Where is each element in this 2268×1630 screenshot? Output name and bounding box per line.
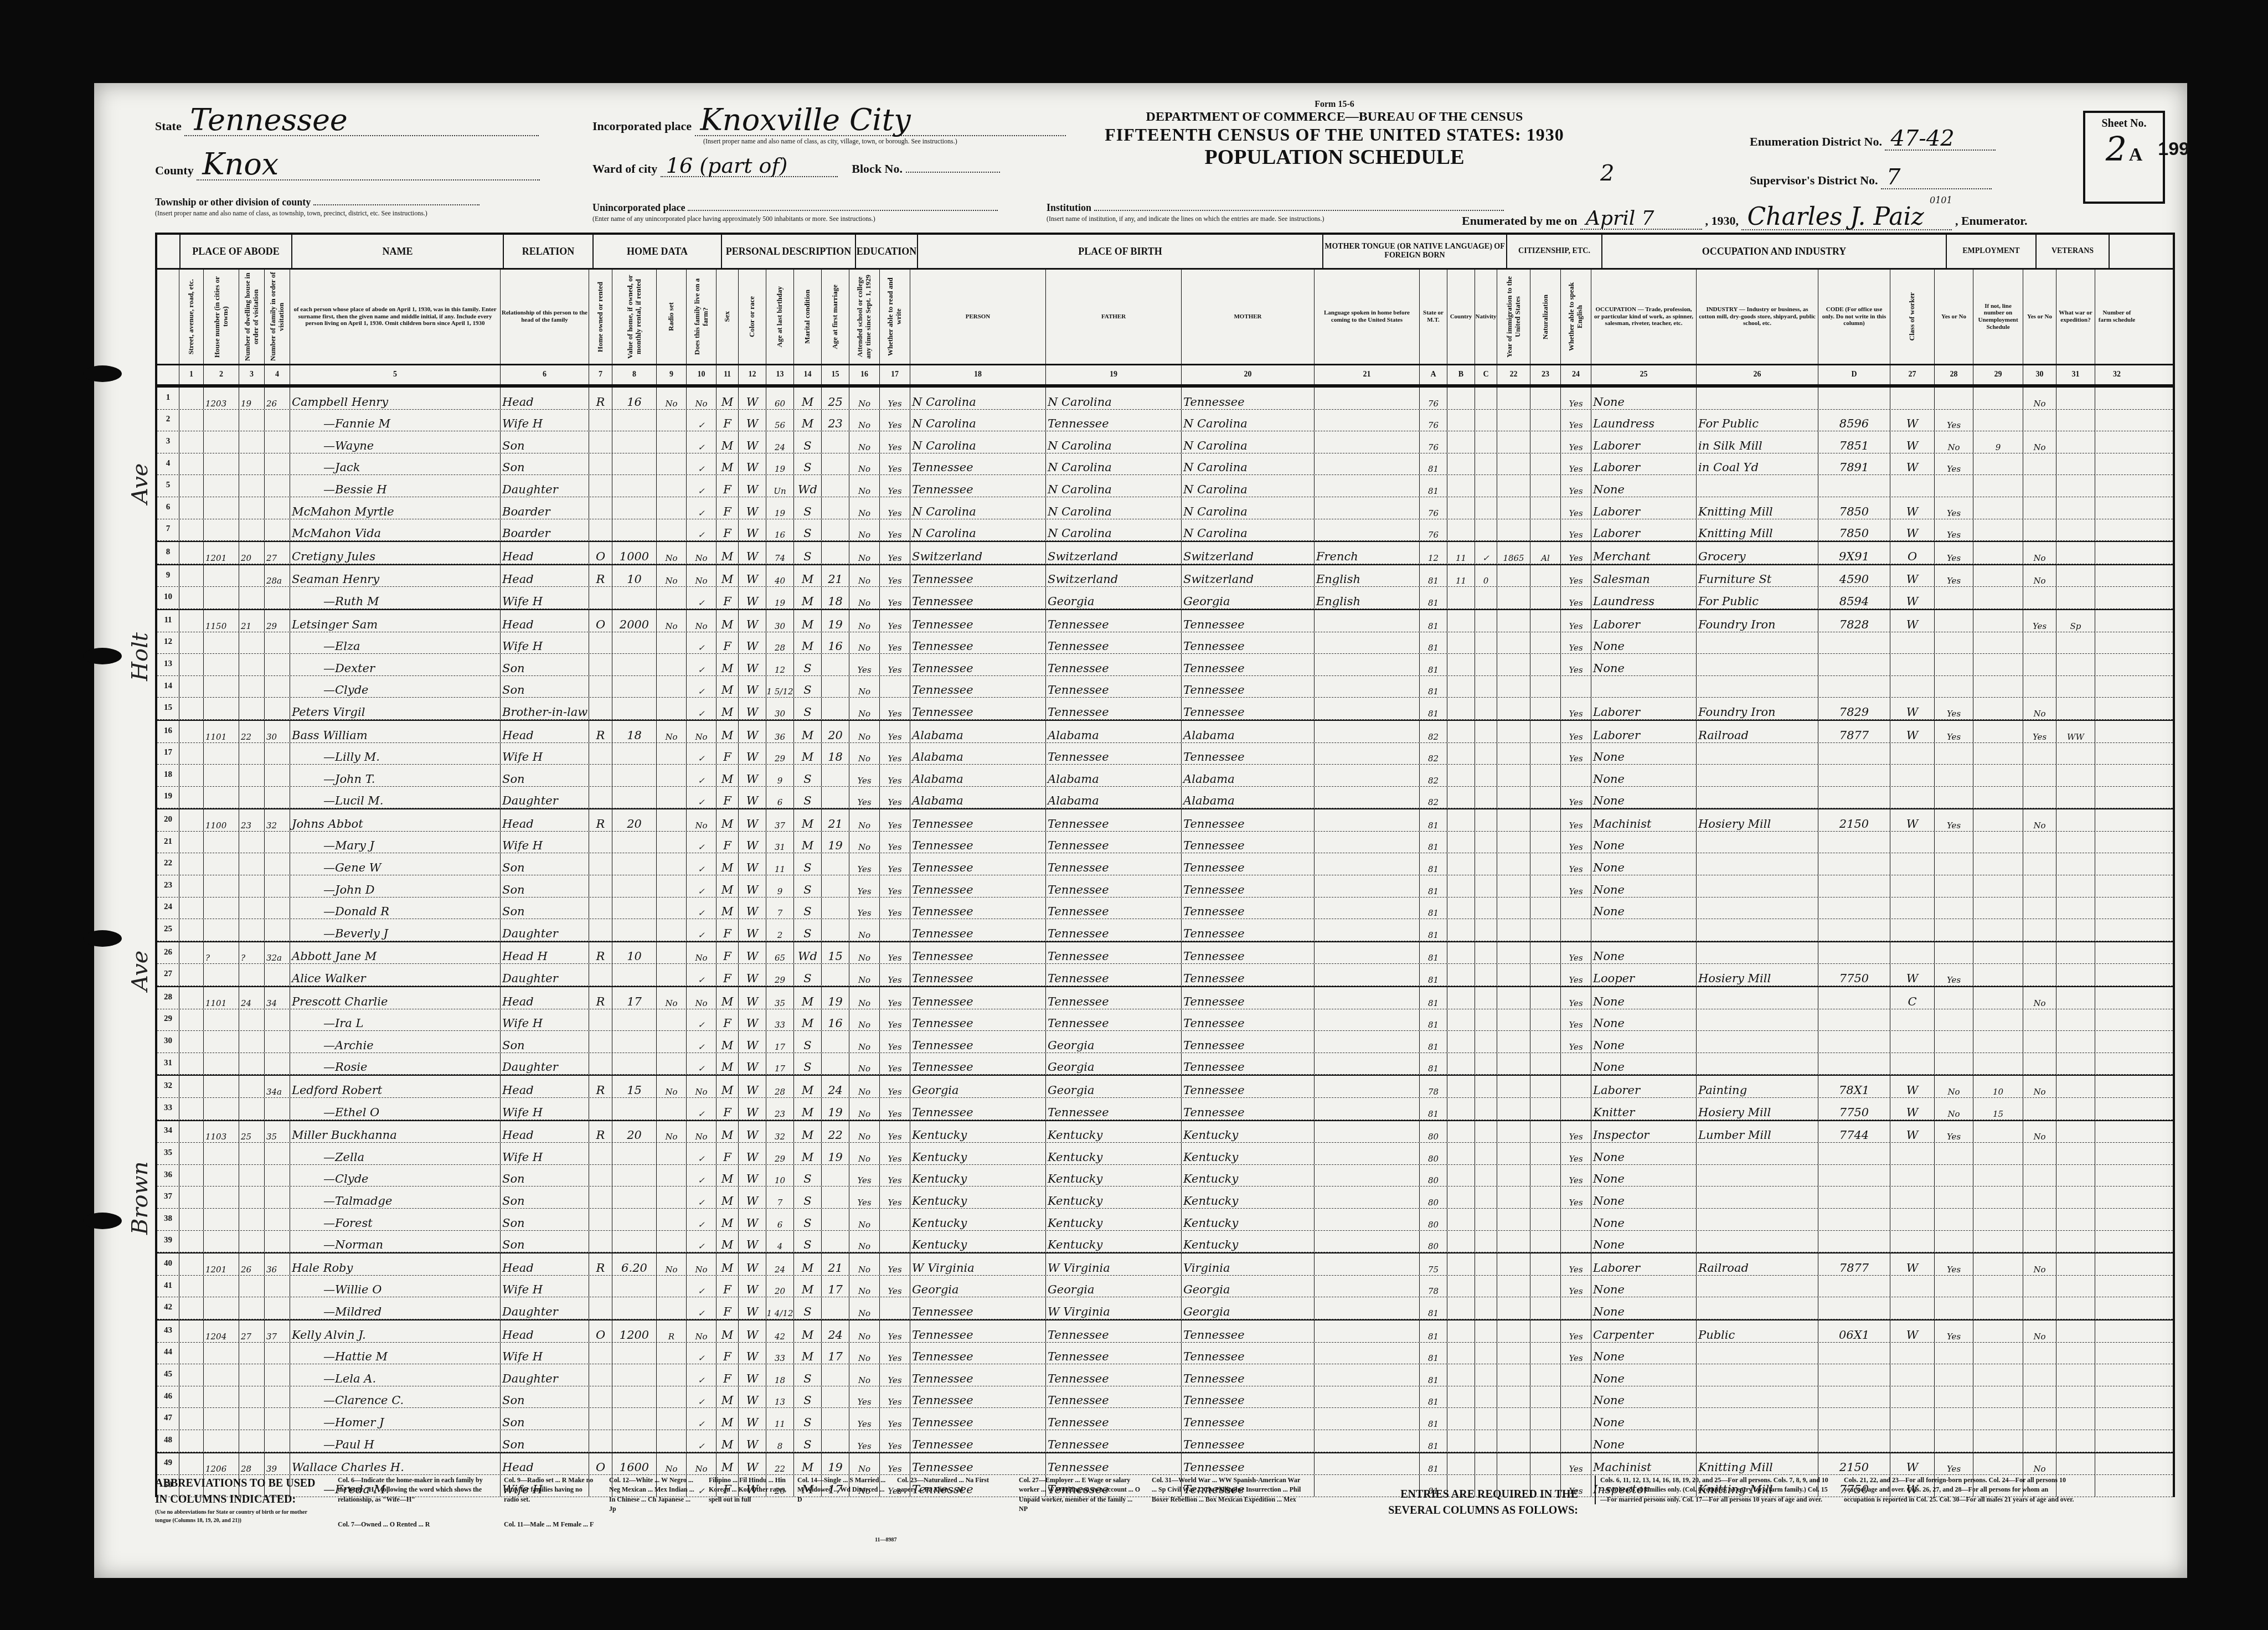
cell-imm	[1497, 1009, 1530, 1031]
cell-val	[612, 897, 657, 919]
cell-sex: M	[717, 1408, 739, 1430]
cell-cls	[1890, 1209, 1935, 1230]
table-row: 25Beverly JDaughter✓FW2SNoTennesseeTenne…	[157, 919, 2173, 941]
cell-bp: Alabama	[910, 743, 1046, 765]
cell-line: 20	[157, 809, 179, 831]
cell-c	[1475, 610, 1497, 632]
cell-code	[1818, 1231, 1890, 1252]
cell-bpf: Tennessee	[1046, 1430, 1182, 1452]
cell-bpf: Tennessee	[1046, 632, 1182, 654]
cell-lang	[1315, 919, 1420, 941]
cell-farmsch	[2095, 388, 2138, 409]
cell-afm: 24	[822, 1076, 849, 1097]
cell-radio	[657, 1430, 687, 1452]
cell-line: 39	[157, 1231, 179, 1252]
cell-farm: ✓	[687, 1364, 717, 1386]
cell-house	[204, 765, 239, 786]
table-row: 1111502129Letsinger SamHeadO2000NoNoMW30…	[157, 609, 2173, 632]
cell-imm	[1497, 1098, 1530, 1120]
cell-bpm: Tennessee	[1182, 832, 1315, 853]
cell-val: 15	[612, 1076, 657, 1097]
page-stamp: 199	[2158, 138, 2189, 160]
cell-own	[589, 1098, 612, 1120]
cell-house	[204, 1231, 239, 1252]
cell-emp	[1935, 1209, 1973, 1230]
cell-imm	[1497, 565, 1530, 587]
cell-afm	[822, 1430, 849, 1452]
cell-dw: 25	[239, 1121, 265, 1143]
cell-house: 1101	[204, 987, 239, 1009]
cell-race: W	[739, 743, 766, 765]
cell-street	[179, 721, 204, 742]
table-body: 112031926Campbell HenryHeadR16NoNoMW60M2…	[157, 386, 2173, 1497]
cell-afm	[822, 1031, 849, 1053]
table-row: 48Paul HSon✓MW8SYesYesTennesseeTennessee…	[157, 1430, 2173, 1452]
cell-emp	[1935, 853, 1973, 875]
cell-own	[589, 832, 612, 853]
cell-bp: Kentucky	[910, 1187, 1046, 1208]
cell-name: Miller Buckhanna	[290, 1121, 501, 1143]
cell-bp: Tennessee	[910, 676, 1046, 698]
cell-vet	[2023, 519, 2056, 541]
cell-nat	[1530, 721, 1561, 742]
cell-race: W	[739, 1297, 766, 1319]
cell-fam	[265, 587, 290, 608]
cell-radio: No	[657, 987, 687, 1009]
cell-nat	[1530, 743, 1561, 765]
cell-sex: F	[717, 743, 739, 765]
cell-afm	[822, 497, 849, 519]
cell-bpf: Kentucky	[1046, 1165, 1182, 1187]
cell-sch: No	[849, 987, 880, 1009]
column-header-cls: Class of worker	[1890, 270, 1935, 364]
cell-val	[612, 743, 657, 765]
cell-fam	[265, 1098, 290, 1120]
cell-own: O	[589, 1320, 612, 1342]
cell-rel: Son	[501, 654, 589, 675]
cell-val	[612, 632, 657, 654]
cell-house	[204, 497, 239, 519]
cell-fam: 35	[265, 1121, 290, 1143]
cell-mar: S	[794, 787, 822, 808]
cell-cls	[1890, 475, 1935, 497]
cell-ind: Hosiery Mill	[1697, 809, 1818, 831]
cell-occ: Laborer	[1591, 1076, 1697, 1097]
cell-eng	[1561, 1231, 1591, 1252]
cell-bp: W Virginia	[910, 1254, 1046, 1275]
cell-war	[2056, 765, 2095, 786]
cell-farm: ✓	[687, 743, 717, 765]
cell-cls: C	[1890, 987, 1935, 1009]
cell-eng: Yes	[1561, 1343, 1591, 1364]
cell-war	[2056, 410, 2095, 431]
cell-name: John D	[290, 875, 501, 897]
cell-eng: Yes	[1561, 542, 1591, 564]
cell-code	[1818, 743, 1890, 765]
cell-dw: 27	[239, 1320, 265, 1342]
cell-street	[179, 1430, 204, 1452]
cell-lang: English	[1315, 587, 1420, 608]
cell-c	[1475, 1009, 1497, 1031]
cell-eng: Yes	[1561, 987, 1591, 1009]
cell-vet: No	[2023, 431, 2056, 453]
cell-race: W	[739, 1386, 766, 1408]
cell-farmsch	[2095, 987, 2138, 1009]
cell-name: McMahon Vida	[290, 519, 501, 541]
cell-farmsch	[2095, 1408, 2138, 1430]
cell-line: 32	[157, 1076, 179, 1097]
cell-cls	[1890, 1386, 1935, 1408]
cell-race: W	[739, 1143, 766, 1164]
cell-code	[1818, 1430, 1890, 1452]
cell-code	[1818, 1386, 1890, 1408]
cell-b	[1447, 1165, 1475, 1187]
cell-street	[179, 897, 204, 919]
cell-nat	[1530, 1098, 1561, 1120]
cell-sex: M	[717, 853, 739, 875]
cell-house	[204, 1364, 239, 1386]
cell-bpm: Tennessee	[1182, 698, 1315, 719]
cell-code	[1818, 942, 1890, 964]
cell-c	[1475, 1076, 1497, 1097]
cell-sex: M	[717, 676, 739, 698]
cell-imm	[1497, 1276, 1530, 1297]
cell-ind	[1697, 987, 1818, 1009]
cell-age: 65	[766, 942, 794, 964]
cell-ind: Painting	[1697, 1076, 1818, 1097]
cell-radio	[657, 1098, 687, 1120]
cell-vet	[2023, 1364, 2056, 1386]
cell-emp	[1935, 676, 1973, 698]
cell-age: 6	[766, 1209, 794, 1230]
cell-lang	[1315, 875, 1420, 897]
column-header-rw: Whether able to read and write	[880, 270, 910, 364]
cell-nat	[1530, 1187, 1561, 1208]
cell-nat	[1530, 875, 1561, 897]
cell-bpm: Kentucky	[1182, 1209, 1315, 1230]
cell-rel: Wife H	[501, 587, 589, 608]
cell-code	[1818, 1297, 1890, 1319]
cell-name: Forest	[290, 1209, 501, 1230]
cell-code: 78X1	[1818, 1076, 1890, 1097]
cell-own	[589, 743, 612, 765]
cell-rw: Yes	[880, 388, 910, 409]
cell-bpm: Tennessee	[1182, 1408, 1315, 1430]
cell-unemp	[1973, 721, 2023, 742]
cell-farmsch	[2095, 787, 2138, 808]
cell-emp: Yes	[1935, 497, 1973, 519]
cell-ind: Foundry Iron	[1697, 610, 1818, 632]
cell-c	[1475, 1098, 1497, 1120]
cell-farmsch	[2095, 1009, 2138, 1031]
cell-bpf: Alabama	[1046, 721, 1182, 742]
cell-rel: Head H	[501, 942, 589, 964]
cell-c	[1475, 1187, 1497, 1208]
cell-age: 30	[766, 610, 794, 632]
table-row: 44Hattie MWife H✓FW33M17NoYesTennesseeTe…	[157, 1343, 2173, 1365]
column-number-lang: 21	[1315, 365, 1420, 384]
cell-age: 24	[766, 431, 794, 453]
cell-ind	[1697, 1209, 1818, 1230]
cell-farmsch	[2095, 1364, 2138, 1386]
cell-radio	[657, 519, 687, 541]
cell-war	[2056, 1276, 2095, 1297]
cell-emp	[1935, 765, 1973, 786]
cell-c	[1475, 1430, 1497, 1452]
cell-imm	[1497, 919, 1530, 941]
cell-sch: No	[849, 676, 880, 698]
cell-line: 29	[157, 1009, 179, 1031]
cell-imm	[1497, 497, 1530, 519]
cell-age: 19	[766, 453, 794, 475]
cell-val: 2000	[612, 610, 657, 632]
cell-rel: Son	[501, 875, 589, 897]
cell-b	[1447, 1053, 1475, 1075]
cell-house	[204, 1386, 239, 1408]
cell-war	[2056, 519, 2095, 541]
cell-name: Lilly M.	[290, 743, 501, 765]
cell-occ: None	[1591, 1187, 1697, 1208]
cell-bp: N Carolina	[910, 431, 1046, 453]
cell-street	[179, 519, 204, 541]
cell-sch: No	[849, 1231, 880, 1252]
cell-race: W	[739, 765, 766, 786]
cell-occ: None	[1591, 1143, 1697, 1164]
cell-sex: F	[717, 919, 739, 941]
cell-fam: 34	[265, 987, 290, 1009]
cell-a: 81	[1420, 1320, 1447, 1342]
cell-bpm: Tennessee	[1182, 743, 1315, 765]
cell-ind	[1697, 853, 1818, 875]
cell-rw	[880, 1231, 910, 1252]
cell-war	[2056, 919, 2095, 941]
cell-ind	[1697, 475, 1818, 497]
cell-rel: Son	[501, 1187, 589, 1208]
cell-bp: Tennessee	[910, 1343, 1046, 1364]
cell-sch: No	[849, 632, 880, 654]
cell-age: 2	[766, 919, 794, 941]
cell-radio: No	[657, 1121, 687, 1143]
column-number-imm: 22	[1497, 365, 1530, 384]
cell-bpm: Tennessee	[1182, 654, 1315, 675]
cell-rw: Yes	[880, 1187, 910, 1208]
cell-occ: Laborer	[1591, 431, 1697, 453]
cell-unemp	[1973, 897, 2023, 919]
column-number-row: 123456789101112131415161718192021ABC2223…	[157, 365, 2173, 386]
cell-mar: S	[794, 1364, 822, 1386]
cell-occ: None	[1591, 787, 1697, 808]
cell-race: W	[739, 1053, 766, 1075]
cell-afm	[822, 875, 849, 897]
cell-val	[612, 497, 657, 519]
cell-ind: Railroad	[1697, 721, 1818, 742]
column-header-imm: Year of immigration to the United States	[1497, 270, 1530, 364]
cell-imm	[1497, 676, 1530, 698]
cell-race: W	[739, 1408, 766, 1430]
cell-farm: ✓	[687, 1187, 717, 1208]
cell-sch: Yes	[849, 1430, 880, 1452]
cell-lang: English	[1315, 565, 1420, 587]
cell-cls: W	[1890, 809, 1935, 831]
cell-war	[2056, 809, 2095, 831]
cell-bpm: Tennessee	[1182, 1098, 1315, 1120]
cell-c	[1475, 942, 1497, 964]
cell-farm: No	[687, 987, 717, 1009]
cell-code	[1818, 987, 1890, 1009]
cell-war	[2056, 1053, 2095, 1075]
group-education: EDUCATION	[856, 235, 918, 268]
cell-bpm: Tennessee	[1182, 1364, 1315, 1386]
cell-race: W	[739, 410, 766, 431]
cell-farm: No	[687, 1076, 717, 1097]
cell-farm: No	[687, 942, 717, 964]
cell-bp: Tennessee	[910, 1386, 1046, 1408]
cell-own	[589, 964, 612, 986]
cell-fam	[265, 1031, 290, 1053]
cell-b	[1447, 919, 1475, 941]
cell-dw: 22	[239, 721, 265, 742]
cell-c: ✓	[1475, 542, 1497, 564]
cell-race: W	[739, 388, 766, 409]
cell-cls: W	[1890, 698, 1935, 719]
cell-val	[612, 453, 657, 475]
cell-vet	[2023, 1165, 2056, 1187]
enumeration-district-value: 47-42	[1885, 127, 1996, 151]
cell-imm	[1497, 1320, 1530, 1342]
cell-war	[2056, 1076, 2095, 1097]
cell-lang	[1315, 1231, 1420, 1252]
cell-age: 32	[766, 1121, 794, 1143]
cell-line: 13	[157, 654, 179, 675]
cell-name: Norman	[290, 1231, 501, 1252]
cell-bp: Tennessee	[910, 809, 1046, 831]
cell-rel: Daughter	[501, 1364, 589, 1386]
cell-dw	[239, 1031, 265, 1053]
cell-name: Prescott Charlie	[290, 987, 501, 1009]
cell-unemp	[1973, 1009, 2023, 1031]
cell-c	[1475, 1053, 1497, 1075]
cell-street	[179, 431, 204, 453]
cell-bpm: Tennessee	[1182, 676, 1315, 698]
cell-val	[612, 964, 657, 986]
cell-radio: No	[657, 610, 687, 632]
cell-b	[1447, 964, 1475, 986]
cell-rw: Yes	[880, 410, 910, 431]
cell-age: 60	[766, 388, 794, 409]
cell-rw: Yes	[880, 519, 910, 541]
cell-rw: Yes	[880, 1343, 910, 1364]
column-header-afm: Age at first marriage	[822, 270, 849, 364]
cell-own	[589, 853, 612, 875]
cell-bpf: Kentucky	[1046, 1121, 1182, 1143]
cell-age: 35	[766, 987, 794, 1009]
cell-rw: Yes	[880, 587, 910, 608]
cell-lang	[1315, 942, 1420, 964]
cell-mar: M	[794, 1276, 822, 1297]
cell-sch: No	[849, 698, 880, 719]
cell-bpf: Tennessee	[1046, 1408, 1182, 1430]
cell-eng: Yes	[1561, 853, 1591, 875]
cell-dw	[239, 897, 265, 919]
cell-own	[589, 919, 612, 941]
cell-house	[204, 1031, 239, 1053]
cell-farmsch	[2095, 1165, 2138, 1187]
cell-ind	[1697, 1343, 1818, 1364]
cell-radio	[657, 787, 687, 808]
column-number-fam: 4	[265, 365, 290, 384]
cell-bp: Kentucky	[910, 1143, 1046, 1164]
cell-nat	[1530, 1121, 1561, 1143]
cell-imm	[1497, 610, 1530, 632]
ward-value: 16 (part of)	[661, 155, 838, 177]
cell-age: 33	[766, 1009, 794, 1031]
cell-sch: No	[849, 1143, 880, 1164]
cell-b	[1447, 1209, 1475, 1230]
cell-unemp	[1973, 698, 2023, 719]
cell-unemp	[1973, 610, 2023, 632]
cell-imm	[1497, 1209, 1530, 1230]
cell-fam	[265, 853, 290, 875]
cell-radio	[657, 676, 687, 698]
cell-imm	[1497, 388, 1530, 409]
cell-emp	[1935, 1364, 1973, 1386]
cell-race: W	[739, 897, 766, 919]
cell-farmsch	[2095, 497, 2138, 519]
cell-mar: S	[794, 698, 822, 719]
cell-mar: Wd	[794, 475, 822, 497]
cell-rel: Son	[501, 897, 589, 919]
cell-code	[1818, 1031, 1890, 1053]
cell-name: Donald R	[290, 897, 501, 919]
cell-nat	[1530, 832, 1561, 853]
cell-bpf: Kentucky	[1046, 1209, 1182, 1230]
cell-bp: Tennessee	[910, 475, 1046, 497]
cell-rel: Brother-in-law	[501, 698, 589, 719]
cell-nat	[1530, 1076, 1561, 1097]
column-header-bp: PERSON	[910, 270, 1046, 364]
cell-mar: M	[794, 587, 822, 608]
cell-name: Paul H	[290, 1430, 501, 1452]
cell-nat	[1530, 1364, 1561, 1386]
cell-vet	[2023, 1031, 2056, 1053]
group-home-data: HOME DATA	[594, 235, 722, 268]
cell-dw	[239, 787, 265, 808]
cell-afm: 19	[822, 1098, 849, 1120]
cell-line: 11	[157, 610, 179, 632]
cell-b	[1447, 632, 1475, 654]
cell-name: Beverly J	[290, 919, 501, 941]
cell-farmsch	[2095, 1254, 2138, 1275]
cell-fam: 26	[265, 388, 290, 409]
cell-eng: Yes	[1561, 832, 1591, 853]
cell-age: 31	[766, 832, 794, 853]
cell-imm	[1497, 1053, 1530, 1075]
cell-a: 81	[1420, 919, 1447, 941]
cell-lang	[1315, 964, 1420, 986]
cell-farm: ✓	[687, 853, 717, 875]
cell-emp: No	[1935, 431, 1973, 453]
cell-occ: None	[1591, 1430, 1697, 1452]
cell-bpm: Tennessee	[1182, 942, 1315, 964]
cell-street	[179, 1408, 204, 1430]
cell-nat	[1530, 519, 1561, 541]
cell-farmsch	[2095, 1076, 2138, 1097]
cell-occ: None	[1591, 1031, 1697, 1053]
cell-b	[1447, 587, 1475, 608]
cell-b	[1447, 721, 1475, 742]
cell-rw: Yes	[880, 1276, 910, 1297]
cell-own	[589, 698, 612, 719]
